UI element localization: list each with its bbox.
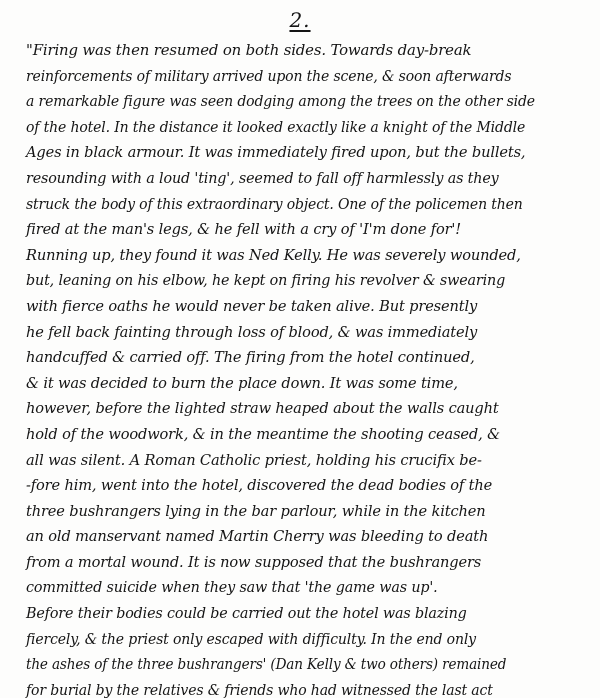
text-line: resounding with a loud 'ting', seemed to… — [26, 166, 575, 192]
text-line: Before their bodies could be carried out… — [26, 601, 575, 627]
text-line: the ashes of the three bushrangers' (Dan… — [26, 652, 547, 678]
text-line: from a mortal wound. It is now supposed … — [26, 550, 586, 576]
text-line: he fell back fainting through loss of bl… — [26, 320, 586, 346]
text-line: hold of the woodwork, & in the meantime … — [26, 422, 586, 448]
text-line: Running up, they found it was Ned Kelly.… — [26, 243, 586, 269]
text-line: of the hotel. In the distance it looked … — [26, 115, 564, 141]
text-line: committed suicide when they saw that 'th… — [26, 575, 575, 601]
page-number-label: 2. — [289, 8, 310, 32]
text-line: struck the body of this extraordinary ob… — [26, 192, 564, 218]
text-line: an old manservant named Martin Cherry wa… — [26, 524, 586, 550]
manuscript-text: "Firing was then resumed on both sides. … — [26, 38, 586, 698]
text-line: fired at the man's legs, & he fell with … — [26, 217, 586, 243]
page-number: 2. — [0, 8, 600, 32]
text-line: -fore him, went into the hotel, discover… — [26, 473, 586, 499]
manuscript-page: 2. "Firing was then resumed on both side… — [0, 0, 600, 698]
text-line: handcuffed & carried off. The firing fro… — [26, 345, 586, 371]
text-line: three bushrangers lying in the bar parlo… — [26, 499, 586, 525]
text-line: all was silent. A Roman Catholic priest,… — [26, 448, 586, 474]
text-line: a remarkable figure was seen dodging amo… — [26, 89, 564, 115]
text-line: "Firing was then resumed on both sides. … — [26, 38, 597, 64]
text-line: & it was decided to burn the place down.… — [26, 371, 586, 397]
text-line: Ages in black armour. It was immediately… — [26, 140, 586, 166]
text-line: fiercely, & the priest only escaped with… — [26, 627, 564, 653]
text-line: but, leaning on his elbow, he kept on fi… — [26, 268, 575, 294]
text-line: for burial by the relatives & friends wh… — [26, 678, 564, 698]
text-line: however, before the lighted straw heaped… — [26, 396, 586, 422]
text-line: reinforcements of military arrived upon … — [26, 64, 564, 90]
text-line: with fierce oaths he would never be take… — [26, 294, 586, 320]
